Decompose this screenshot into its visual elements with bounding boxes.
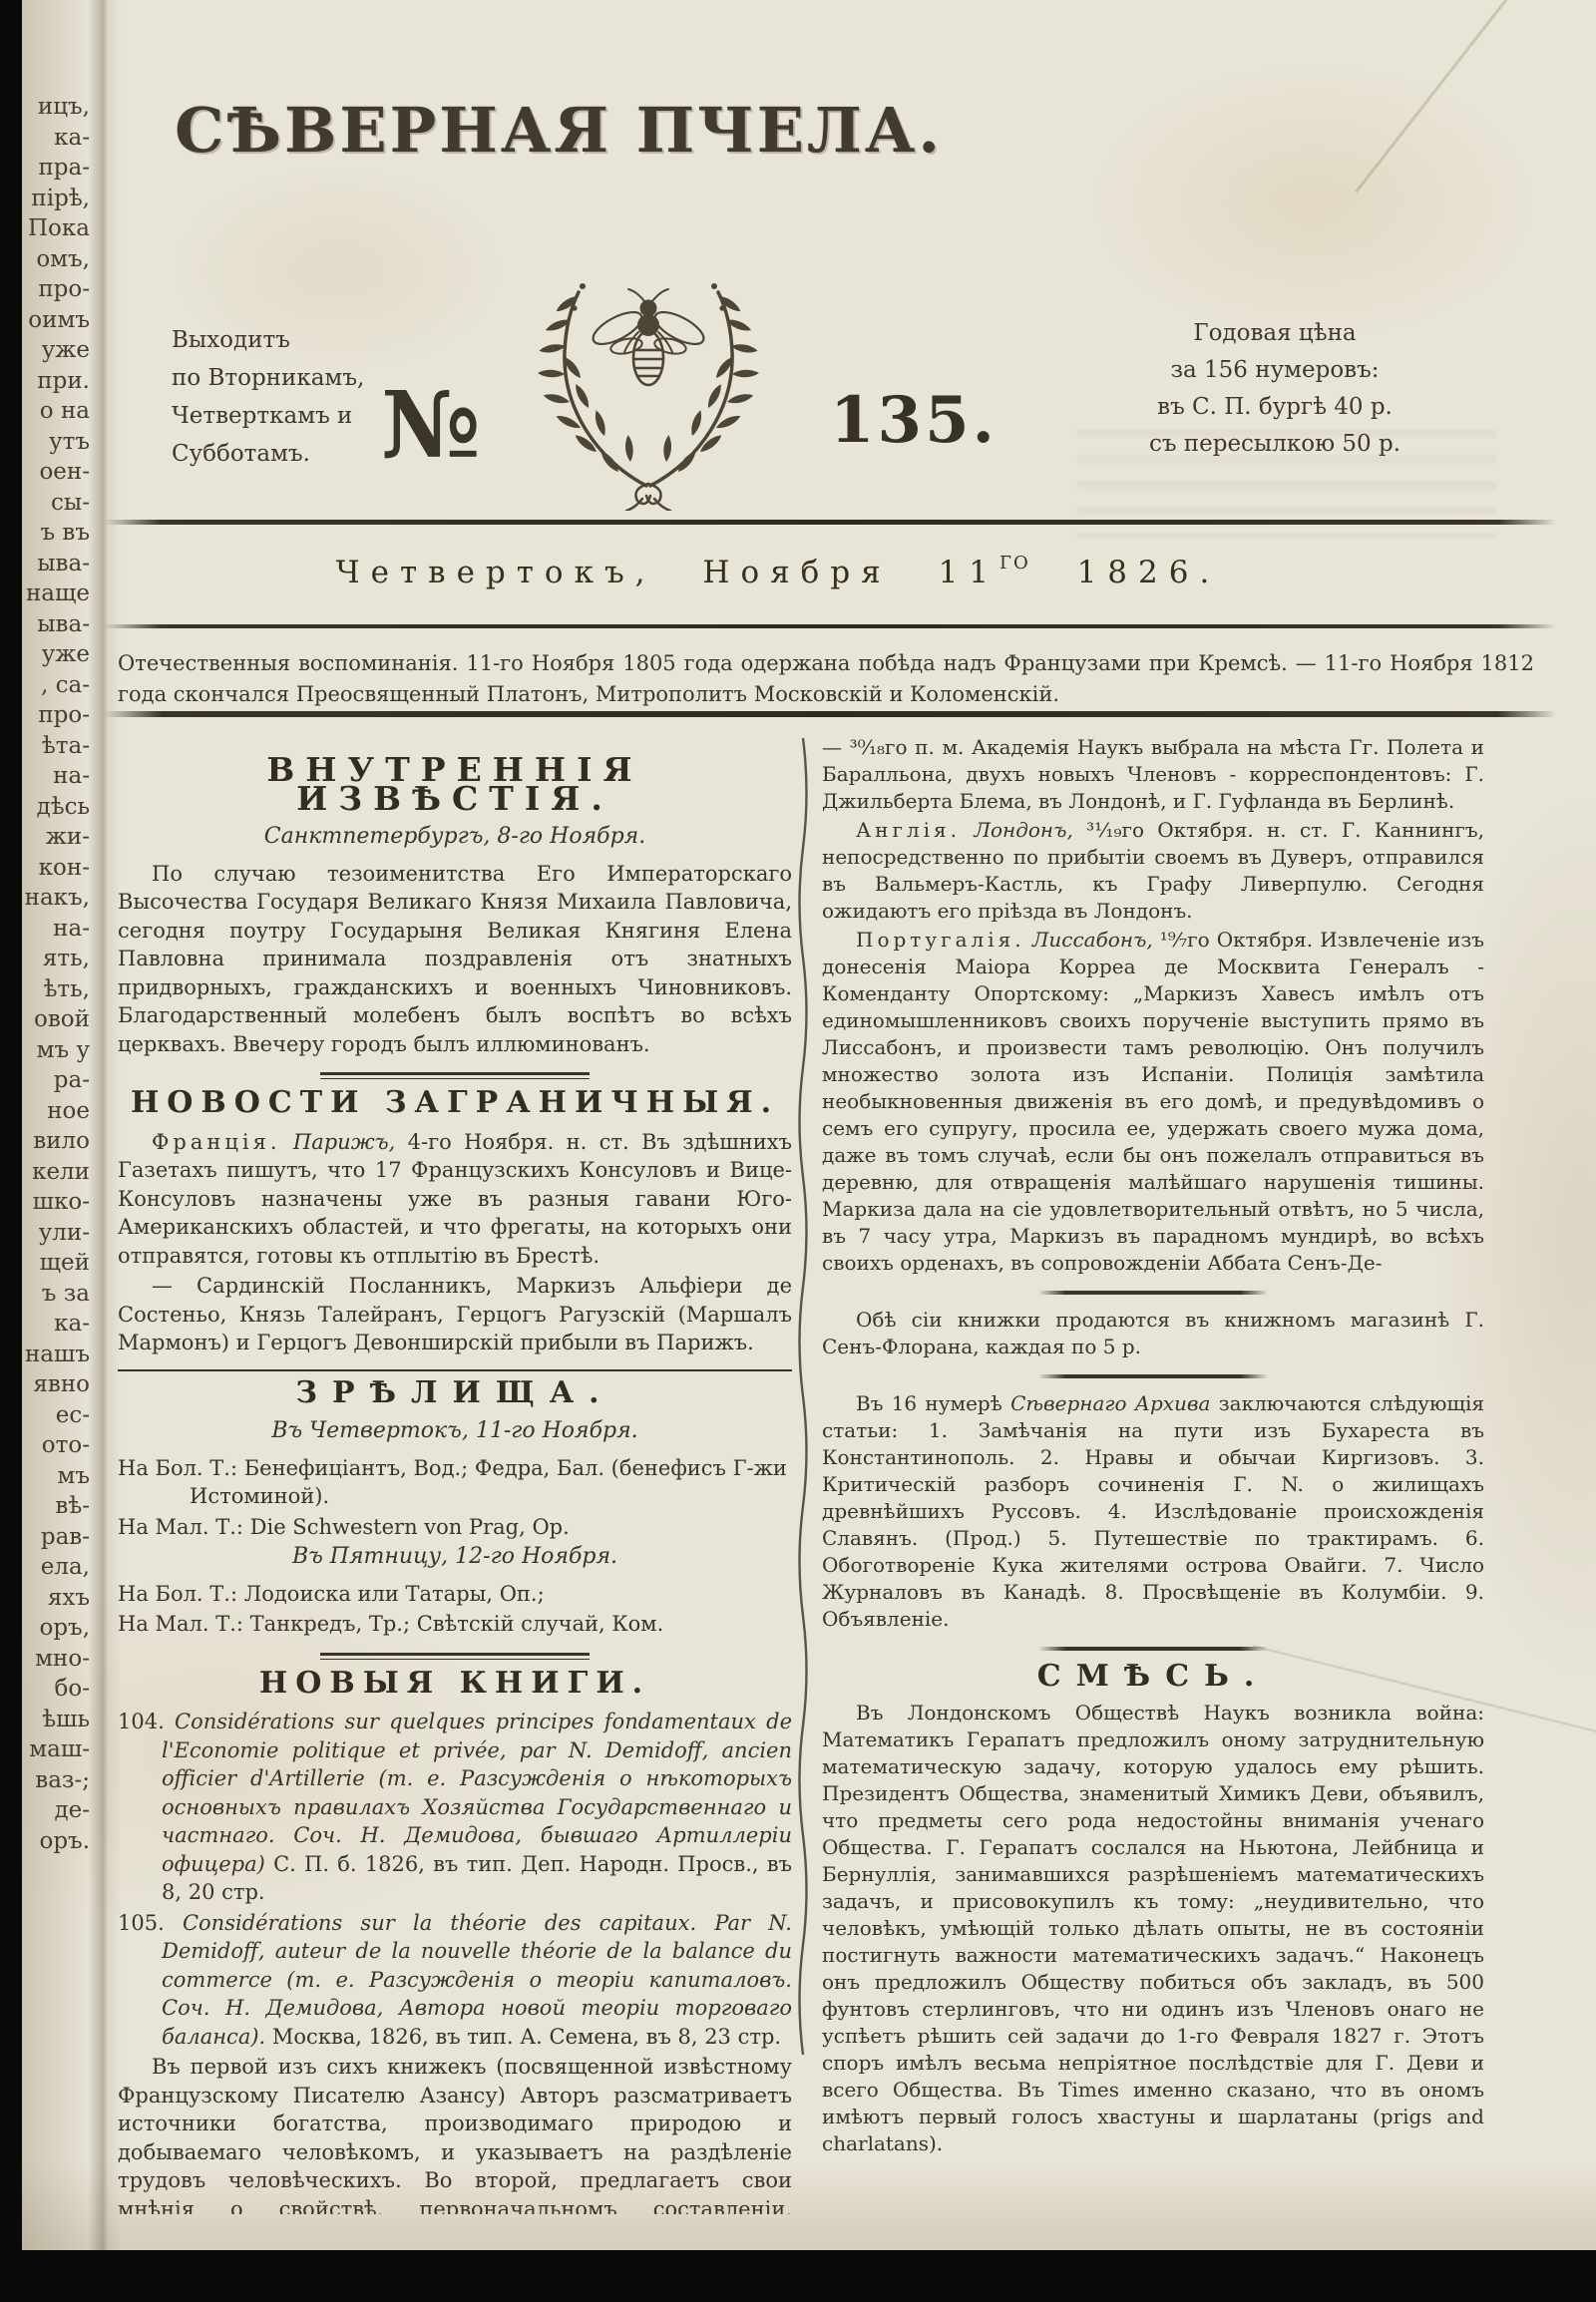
- spectacles-line: На Бол. Т.: Бенефиціантъ, Вод.; Федра, Б…: [118, 1454, 792, 1511]
- edge-text-fragment: сы-: [24, 488, 90, 519]
- section-heading-foreign-news: НОВОСТИ ЗАГРАНИЧНЫЯ.: [118, 1089, 792, 1118]
- edge-text-fragment: ѣть,: [24, 974, 90, 1005]
- paragraph-text: Въ 16 нумерѣ: [856, 1391, 1002, 1415]
- edge-text-fragment: явно: [24, 1369, 90, 1400]
- edge-text-fragment: оръ,: [24, 1613, 90, 1644]
- books-sale-note: Обѣ сіи книжки продаются въ книжномъ маг…: [822, 1307, 1484, 1360]
- newspaper-scan-page: ицъ,ка-пра-пірѣ,Покаомъ,про-оимъужепри.о…: [0, 0, 1596, 2302]
- schedule-line: Субботамъ.: [172, 435, 364, 473]
- book-item-105: 105. Considérations sur la théorie des c…: [118, 1909, 792, 2052]
- dateline-weekday: Четвертокъ,: [336, 555, 656, 590]
- edge-text-fragment: ес-: [24, 1400, 90, 1431]
- edge-text-fragment: омъ,: [24, 244, 90, 275]
- spectacles-date-2: Въ Пятницу, 12-го Ноября.: [118, 1543, 792, 1572]
- publication-schedule: Выходитъпо Вторникамъ,Четверткамъ иСуббо…: [172, 321, 364, 473]
- edge-text-fragment: вѣ-: [24, 1491, 90, 1522]
- edge-text-fragment: дѣсь: [24, 792, 90, 823]
- section-rule: [1038, 1647, 1268, 1651]
- adjacent-page-edge: ицъ,ка-пра-пірѣ,Покаомъ,про-оимъужепри.о…: [24, 92, 90, 1947]
- section-heading-spectacles: ЗРѢЛИЩА.: [118, 1379, 792, 1408]
- edge-text-fragment: щей: [24, 1248, 90, 1279]
- dateline-ordinal: го: [999, 553, 1030, 574]
- foreign-paragraph-france: Франція. Парижъ, 4-го Ноября. н. ст. Въ …: [118, 1128, 792, 1271]
- horizontal-rule: [104, 520, 1556, 525]
- edge-text-fragment: утъ: [24, 427, 90, 458]
- bee-wreath-emblem: [499, 251, 798, 511]
- schedule-line: по Вторникамъ,: [172, 359, 364, 397]
- edge-text-fragment: овой: [24, 1004, 90, 1035]
- paragraph-text: заключаются слѣдующія статьи: 1. Замѣчан…: [822, 1391, 1484, 1631]
- issue-number: 135.: [830, 383, 997, 458]
- price-line: съ пересылкою 50 р.: [1105, 426, 1444, 463]
- schedule-line: Четверткамъ и: [172, 397, 364, 435]
- edge-text-fragment: оен-: [24, 457, 90, 488]
- price-line: Годовая цѣна: [1105, 315, 1444, 352]
- column-divider: [792, 738, 814, 2075]
- edge-text-fragment: пра-: [24, 153, 90, 184]
- edge-text-fragment: мно-: [24, 1644, 90, 1675]
- edge-text-fragment: накъ,: [24, 883, 90, 914]
- edge-text-fragment: кели: [24, 1157, 90, 1188]
- city-label: Лиссабонъ,: [1032, 928, 1153, 952]
- section-heading-miscellany: СМѢСЬ.: [822, 1663, 1484, 1690]
- domestic-dateline: Санктпетербургъ, 8-го Ноября.: [118, 823, 792, 852]
- edge-text-fragment: мъ у: [24, 1035, 90, 1066]
- country-label: Англія.: [856, 818, 961, 842]
- edge-text-fragment: маш-: [24, 1734, 90, 1765]
- spectacles-line: На Мал. Т.: Die Schwestern von Prag, Ор.: [118, 1513, 792, 1542]
- edge-text-fragment: на-: [24, 761, 90, 792]
- country-label: Франція.: [152, 1130, 281, 1154]
- section-rule: [118, 1369, 792, 1371]
- spectacles-line: На Бол. Т.: Лодоиска или Татары, Оп.;: [118, 1580, 792, 1609]
- edge-text-fragment: о на: [24, 396, 90, 427]
- section-rule: [320, 1072, 590, 1079]
- edge-text-fragment: ицъ,: [24, 92, 90, 123]
- memorial-notice: Отечественныя воспоминанія. 11-го Ноября…: [118, 648, 1534, 710]
- section-rule: [1038, 1374, 1268, 1378]
- edge-text-fragment: на-: [24, 914, 90, 945]
- edge-text-fragment: нашъ: [24, 1340, 90, 1370]
- horizontal-rule: [104, 624, 1556, 628]
- edge-text-fragment: Пока: [24, 213, 90, 244]
- edge-text-fragment: бо-: [24, 1674, 90, 1705]
- country-label: Португалія.: [856, 928, 1025, 952]
- edge-text-fragment: рав-: [24, 1522, 90, 1553]
- edge-text-fragment: вило: [24, 1126, 90, 1157]
- edge-text-fragment: уже: [24, 335, 90, 366]
- edge-text-fragment: ваз-;: [24, 1765, 90, 1796]
- spectacles-date-1: Въ Четвертокъ, 11-го Ноября.: [118, 1417, 792, 1446]
- edge-text-fragment: жи-: [24, 822, 90, 853]
- miscellany-paragraph: Въ Лондонскомъ Обществѣ Наукъ возникла в…: [822, 1700, 1484, 2157]
- city-label: Лондонъ,: [974, 818, 1072, 842]
- book-number: 104.: [118, 1710, 165, 1733]
- edge-text-fragment: пірѣ,: [24, 184, 90, 214]
- paragraph-text: ¹⁹⁄₇го Октября. Извлеченіе изъ донесенія…: [822, 928, 1484, 1275]
- edge-text-fragment: , са-: [24, 670, 90, 701]
- right-column: — ³⁰⁄₁₈го п. м. Академія Наукъ выбрала н…: [822, 734, 1484, 2220]
- edge-text-fragment: при.: [24, 366, 90, 397]
- edge-text-fragment: оръ.: [24, 1826, 90, 1857]
- edge-text-fragment: ять,: [24, 944, 90, 974]
- numero-sign: №: [381, 371, 481, 479]
- left-column: ВНУТРЕННІЯ ИЗВѢСТІЯ. Санктпетербургъ, 8-…: [118, 748, 792, 2214]
- edge-text-fragment: уже: [24, 639, 90, 670]
- spectacles-line: На Мал. Т.: Танкредъ, Тр.; Свѣтскій случ…: [118, 1610, 792, 1639]
- edge-text-fragment: ѣта-: [24, 731, 90, 762]
- edge-text-fragment: яхъ: [24, 1583, 90, 1614]
- dateline-month-day: Ноября 11: [702, 555, 999, 590]
- dateline-year: 1826.: [1077, 555, 1221, 590]
- bee-icon: [589, 289, 708, 385]
- edge-text-fragment: де-: [24, 1795, 90, 1826]
- edge-text-fragment: про-: [24, 700, 90, 731]
- journal-title: Сѣвернаго Архива: [1010, 1391, 1210, 1415]
- edge-text-fragment: ка-: [24, 1309, 90, 1340]
- section-heading-domestic-news: ВНУТРЕННІЯ ИЗВѢСТІЯ.: [118, 756, 792, 813]
- section-rule: [1038, 1291, 1268, 1295]
- edge-text-fragment: ра-: [24, 1065, 90, 1096]
- portugal-paragraph: Португалія. Лиссабонъ, ¹⁹⁄₇го Октября. И…: [822, 927, 1484, 1277]
- edge-text-fragment: ное: [24, 1096, 90, 1127]
- edge-text-fragment: кон-: [24, 853, 90, 884]
- schedule-line: Выходитъ: [172, 321, 364, 359]
- edge-text-fragment: ули-: [24, 1218, 90, 1249]
- edge-text-fragment: ѣшь: [24, 1705, 90, 1735]
- edge-text-fragment: ъ въ: [24, 518, 90, 549]
- domestic-paragraph: По случаю тезоименитства Его Императорск…: [118, 860, 792, 1059]
- dateline: Четвертокъ, Ноября 11го 1826.: [60, 555, 1496, 590]
- horizontal-rule: [104, 711, 1556, 717]
- foreign-paragraph-envoys: — Сардинскій Посланникъ, Маркизъ Альфіер…: [118, 1272, 792, 1357]
- archive-contents-paragraph: Въ 16 нумерѣ Сѣвернаго Архива заключаютс…: [822, 1390, 1484, 1633]
- book-item-104: 104. Considérations sur quelques princip…: [118, 1708, 792, 1907]
- edge-text-fragment: шко-: [24, 1187, 90, 1218]
- city-label: Парижъ,: [293, 1130, 395, 1154]
- edge-text-fragment: про-: [24, 274, 90, 305]
- edge-text-fragment: ка-: [24, 123, 90, 154]
- binding-fold-shadow: [88, 0, 122, 2250]
- books-review-paragraph: Въ первой изъ сихъ книжекъ (посвященной …: [118, 2053, 792, 2214]
- edge-text-fragment: ото-: [24, 1430, 90, 1461]
- section-heading-new-books: НОВЫЯ КНИГИ.: [118, 1670, 792, 1699]
- book-number: 105.: [118, 1911, 165, 1935]
- subscription-price: Годовая цѣназа 156 нумеровъ:въ С. П. бур…: [1105, 315, 1444, 463]
- book-imprint: Москва, 1826, въ тип. А. Семена, въ 8, 2…: [272, 2025, 781, 2049]
- edge-text-fragment: мъ: [24, 1461, 90, 1492]
- price-line: въ С. П. бургѣ 40 р.: [1105, 389, 1444, 426]
- newspaper-title: СѢВЕРНАЯ ПЧЕЛА.: [110, 94, 1007, 167]
- edge-text-fragment: ыва-: [24, 609, 90, 640]
- edge-text-fragment: ела,: [24, 1552, 90, 1583]
- price-line: за 156 нумеровъ:: [1105, 352, 1444, 389]
- academy-paragraph: — ³⁰⁄₁₈го п. м. Академія Наукъ выбрала н…: [822, 734, 1484, 815]
- england-paragraph: Англія. Лондонъ, ³¹⁄₁₉го Октября. н. ст.…: [822, 817, 1484, 925]
- section-rule: [320, 1653, 590, 1660]
- edge-text-fragment: ъ за: [24, 1279, 90, 1310]
- edge-text-fragment: оимъ: [24, 305, 90, 336]
